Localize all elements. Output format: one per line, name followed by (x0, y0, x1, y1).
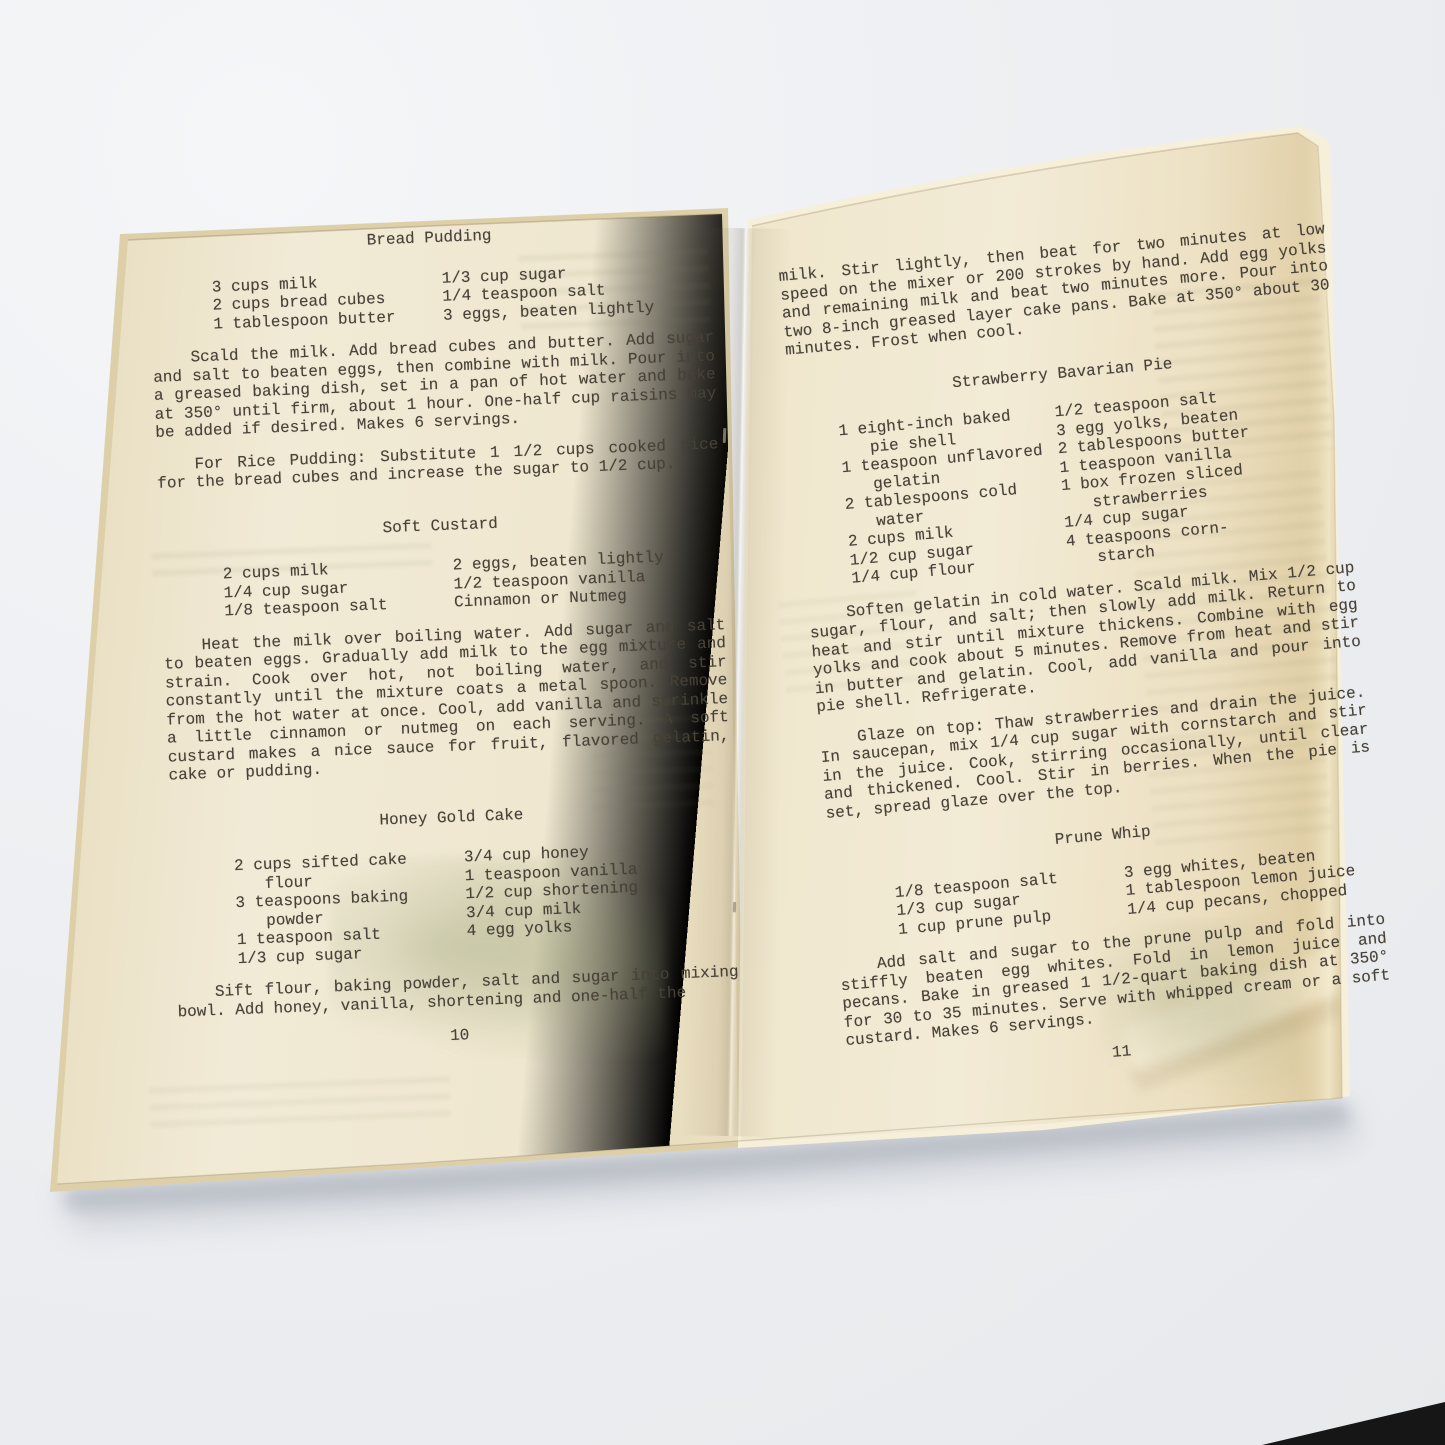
staple-mark (723, 428, 727, 443)
right-page-content: milk. Stir lightly, then beat for two mi… (778, 220, 1395, 1085)
ingredient-columns: 1 eight-inch baked pie shell 1 teaspoon … (792, 379, 1352, 593)
recipe-paragraph: Sift flour, baking powder, salt and suga… (177, 963, 740, 1022)
ingredient-columns: 2 cups milk 1/4 cup sugar 1/8 teaspoon s… (161, 546, 725, 623)
left-page-content: Bread Pudding 3 cups milk 2 cups bread c… (148, 218, 741, 1055)
recipe-title: Honey Gold Cake (170, 797, 732, 837)
recipe-paragraph: Scald the milk. Add bread cubes and butt… (152, 328, 717, 442)
recipe-paragraph: Heat the milk over boiling water. Add su… (163, 616, 730, 785)
corner-table-shade (1262, 1402, 1445, 1445)
photo-stage: Bread Pudding 3 cups milk 2 cups bread c… (0, 0, 1445, 1445)
ingredient-columns: 2 cups sifted cake flour 3 teaspoons bak… (172, 838, 738, 970)
recipe-paragraph: For Rice Pudding: Substitute 1 1/2 cups … (156, 435, 719, 494)
recipe-title: Soft Custard (159, 506, 721, 546)
ingredient-columns: 3 cups milk 2 cups bread cubes 1 tablesp… (150, 259, 714, 336)
